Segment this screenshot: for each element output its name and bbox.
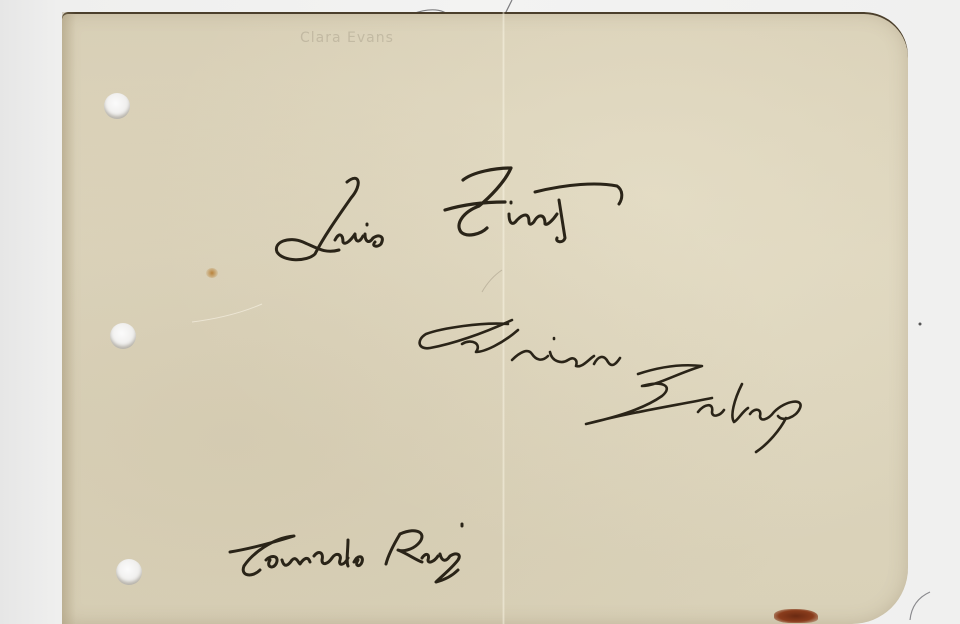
signature-conrado-ruiz: Conrado Ruiz [222, 510, 502, 590]
photo-scene: Clara Evans Luis Tiant [0, 0, 960, 624]
signature-luis-tiant: Luis Tiant [267, 162, 647, 272]
signature-adrian-zabala: Adrian Zabala [412, 304, 812, 464]
album-page: Clara Evans Luis Tiant [62, 12, 908, 624]
